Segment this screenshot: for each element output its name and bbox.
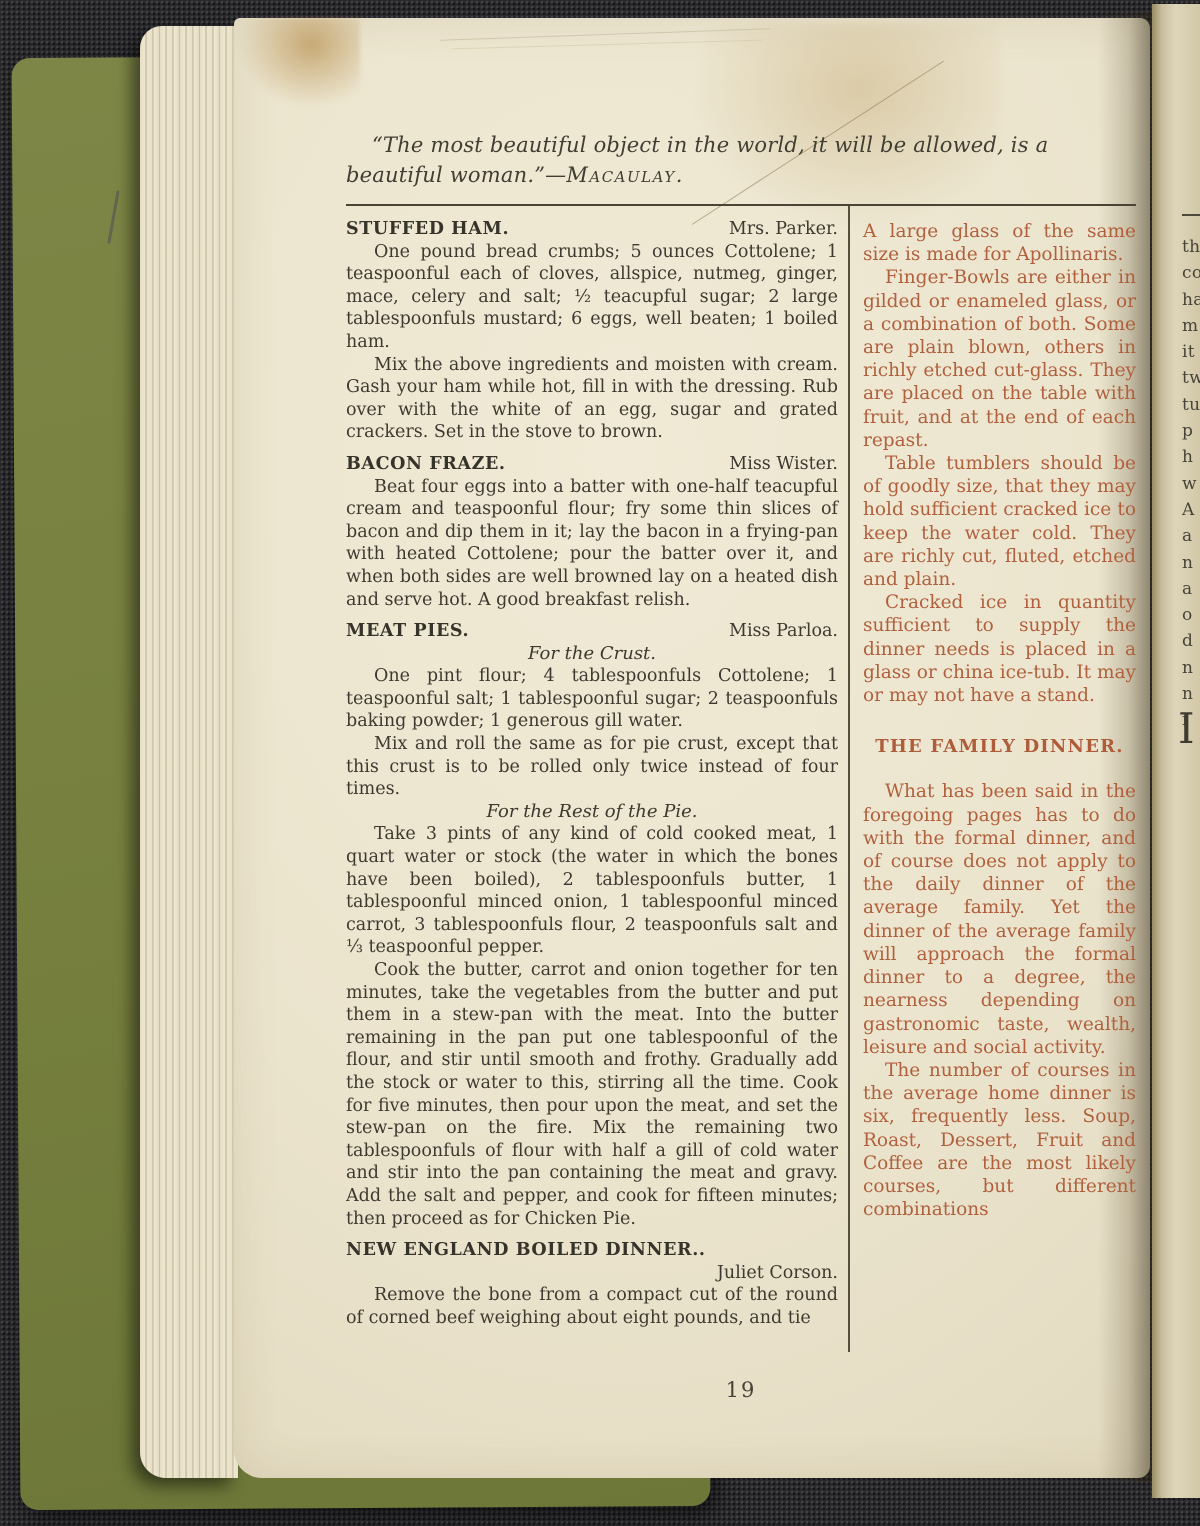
text-fragment: n <box>1182 550 1200 576</box>
text-fragment: A <box>1182 497 1200 523</box>
recipe-heading: NEW ENGLAND BOILED DINNER.. <box>346 1239 838 1262</box>
text-fragment: it <box>1182 339 1200 365</box>
next-page-text-fragments: th co ha m it tw tu p h w A a n a o d n … <box>1182 234 1200 734</box>
text-fragment: m <box>1182 313 1200 339</box>
recipes-column: STUFFED HAM. Mrs. Parker. One pound brea… <box>346 206 838 1352</box>
next-page-rule <box>1182 214 1200 216</box>
recipe-paragraph: Take 3 pints of any kind of cold cooked … <box>346 823 838 959</box>
quote-text: “The most beautiful object in the world,… <box>346 133 1048 187</box>
text-fragment: tw <box>1182 365 1200 391</box>
etiquette-paragraph: The number of courses in the average hom… <box>863 1059 1136 1221</box>
next-page-edge: th co ha m it tw tu p h w A a n a o d n … <box>1152 4 1200 1498</box>
recipe-title: NEW ENGLAND BOILED DINNER.. <box>346 1239 706 1262</box>
text-fragment: a <box>1182 523 1200 549</box>
recipe-paragraph: Beat four eggs into a batter with one-ha… <box>346 476 838 612</box>
recipe-subheading: For the Crust. <box>346 643 838 666</box>
recipe-heading: MEAT PIES. Miss Parloa. <box>346 620 838 643</box>
stain-blot <box>238 18 360 108</box>
quote-author: Macaulay. <box>566 163 684 187</box>
recipe-heading: STUFFED HAM. Mrs. Parker. <box>346 218 838 241</box>
recipe-bacon-fraze: BACON FRAZE. Miss Wister. Beat four eggs… <box>346 453 838 611</box>
recipe-paragraph: Remove the bone from a compact cut of th… <box>346 1284 838 1329</box>
recipe-attribution: Mrs. Parker. <box>729 218 838 241</box>
text-fragment: d <box>1182 628 1200 654</box>
etiquette-paragraph: A large glass of the same size is made f… <box>863 220 1136 266</box>
recipe-attribution: Miss Wister. <box>729 453 838 476</box>
text-fragment: tu <box>1182 392 1200 418</box>
text-fragment: ha <box>1182 287 1200 313</box>
recipe-stuffed-ham: STUFFED HAM. Mrs. Parker. One pound brea… <box>346 218 838 444</box>
recipe-heading: BACON FRAZE. Miss Wister. <box>346 453 838 476</box>
epigraph-quote: “The most beautiful object in the world,… <box>346 130 1136 190</box>
next-page-large-letter: I <box>1178 704 1195 753</box>
recipe-paragraph: Mix the above ingredients and moisten wi… <box>346 354 838 444</box>
text-fragment: o <box>1182 602 1200 628</box>
etiquette-paragraph: What has been said in the foregoing page… <box>863 780 1136 1058</box>
recipe-new-england-boiled-dinner: NEW ENGLAND BOILED DINNER.. Juliet Corso… <box>346 1239 838 1329</box>
recipe-subheading: For the Rest of the Pie. <box>346 801 838 824</box>
recipe-title: MEAT PIES. <box>346 620 469 643</box>
etiquette-paragraph: Cracked ice in quantity sufficient to su… <box>863 591 1136 707</box>
book-photograph: th co ha m it tw tu p h w A a n a o d n … <box>0 0 1200 1526</box>
recipe-paragraph: One pint flour; 4 tablespoonfuls Cottole… <box>346 665 838 733</box>
page-content: “The most beautiful object in the world,… <box>346 130 1136 1402</box>
recipe-paragraph: One pound bread crumbs; 5 ounces Cottole… <box>346 241 838 354</box>
section-heading-family-dinner: THE FAMILY DINNER. <box>863 735 1136 758</box>
etiquette-paragraph: Table tumblers should be of goodly size,… <box>863 452 1136 591</box>
text-fragment: n <box>1182 655 1200 681</box>
text-fragment: w <box>1182 471 1200 497</box>
recipe-paragraph: Mix and roll the same as for pie crust, … <box>346 733 838 801</box>
two-column-layout: STUFFED HAM. Mrs. Parker. One pound brea… <box>346 206 1136 1352</box>
text-fragment: h <box>1182 444 1200 470</box>
text-fragment: th <box>1182 234 1200 260</box>
recipe-attribution: Juliet Corson. <box>346 1262 838 1285</box>
etiquette-column: A large glass of the same size is made f… <box>848 206 1136 1352</box>
recipe-title: BACON FRAZE. <box>346 453 506 476</box>
text-fragment: p <box>1182 418 1200 444</box>
text-fragment: co <box>1182 260 1200 286</box>
recipe-meat-pies: MEAT PIES. Miss Parloa. For the Crust. O… <box>346 620 838 1230</box>
recipe-paragraph: Cook the butter, carrot and onion togeth… <box>346 959 838 1230</box>
recipe-title: STUFFED HAM. <box>346 218 509 241</box>
etiquette-paragraph: Finger-Bowls are either in gilded or ena… <box>863 266 1136 452</box>
recipe-attribution: Miss Parloa. <box>729 620 838 643</box>
page-edge-stack <box>140 26 238 1478</box>
page-number: 19 <box>346 1378 1136 1402</box>
text-fragment: a <box>1182 576 1200 602</box>
